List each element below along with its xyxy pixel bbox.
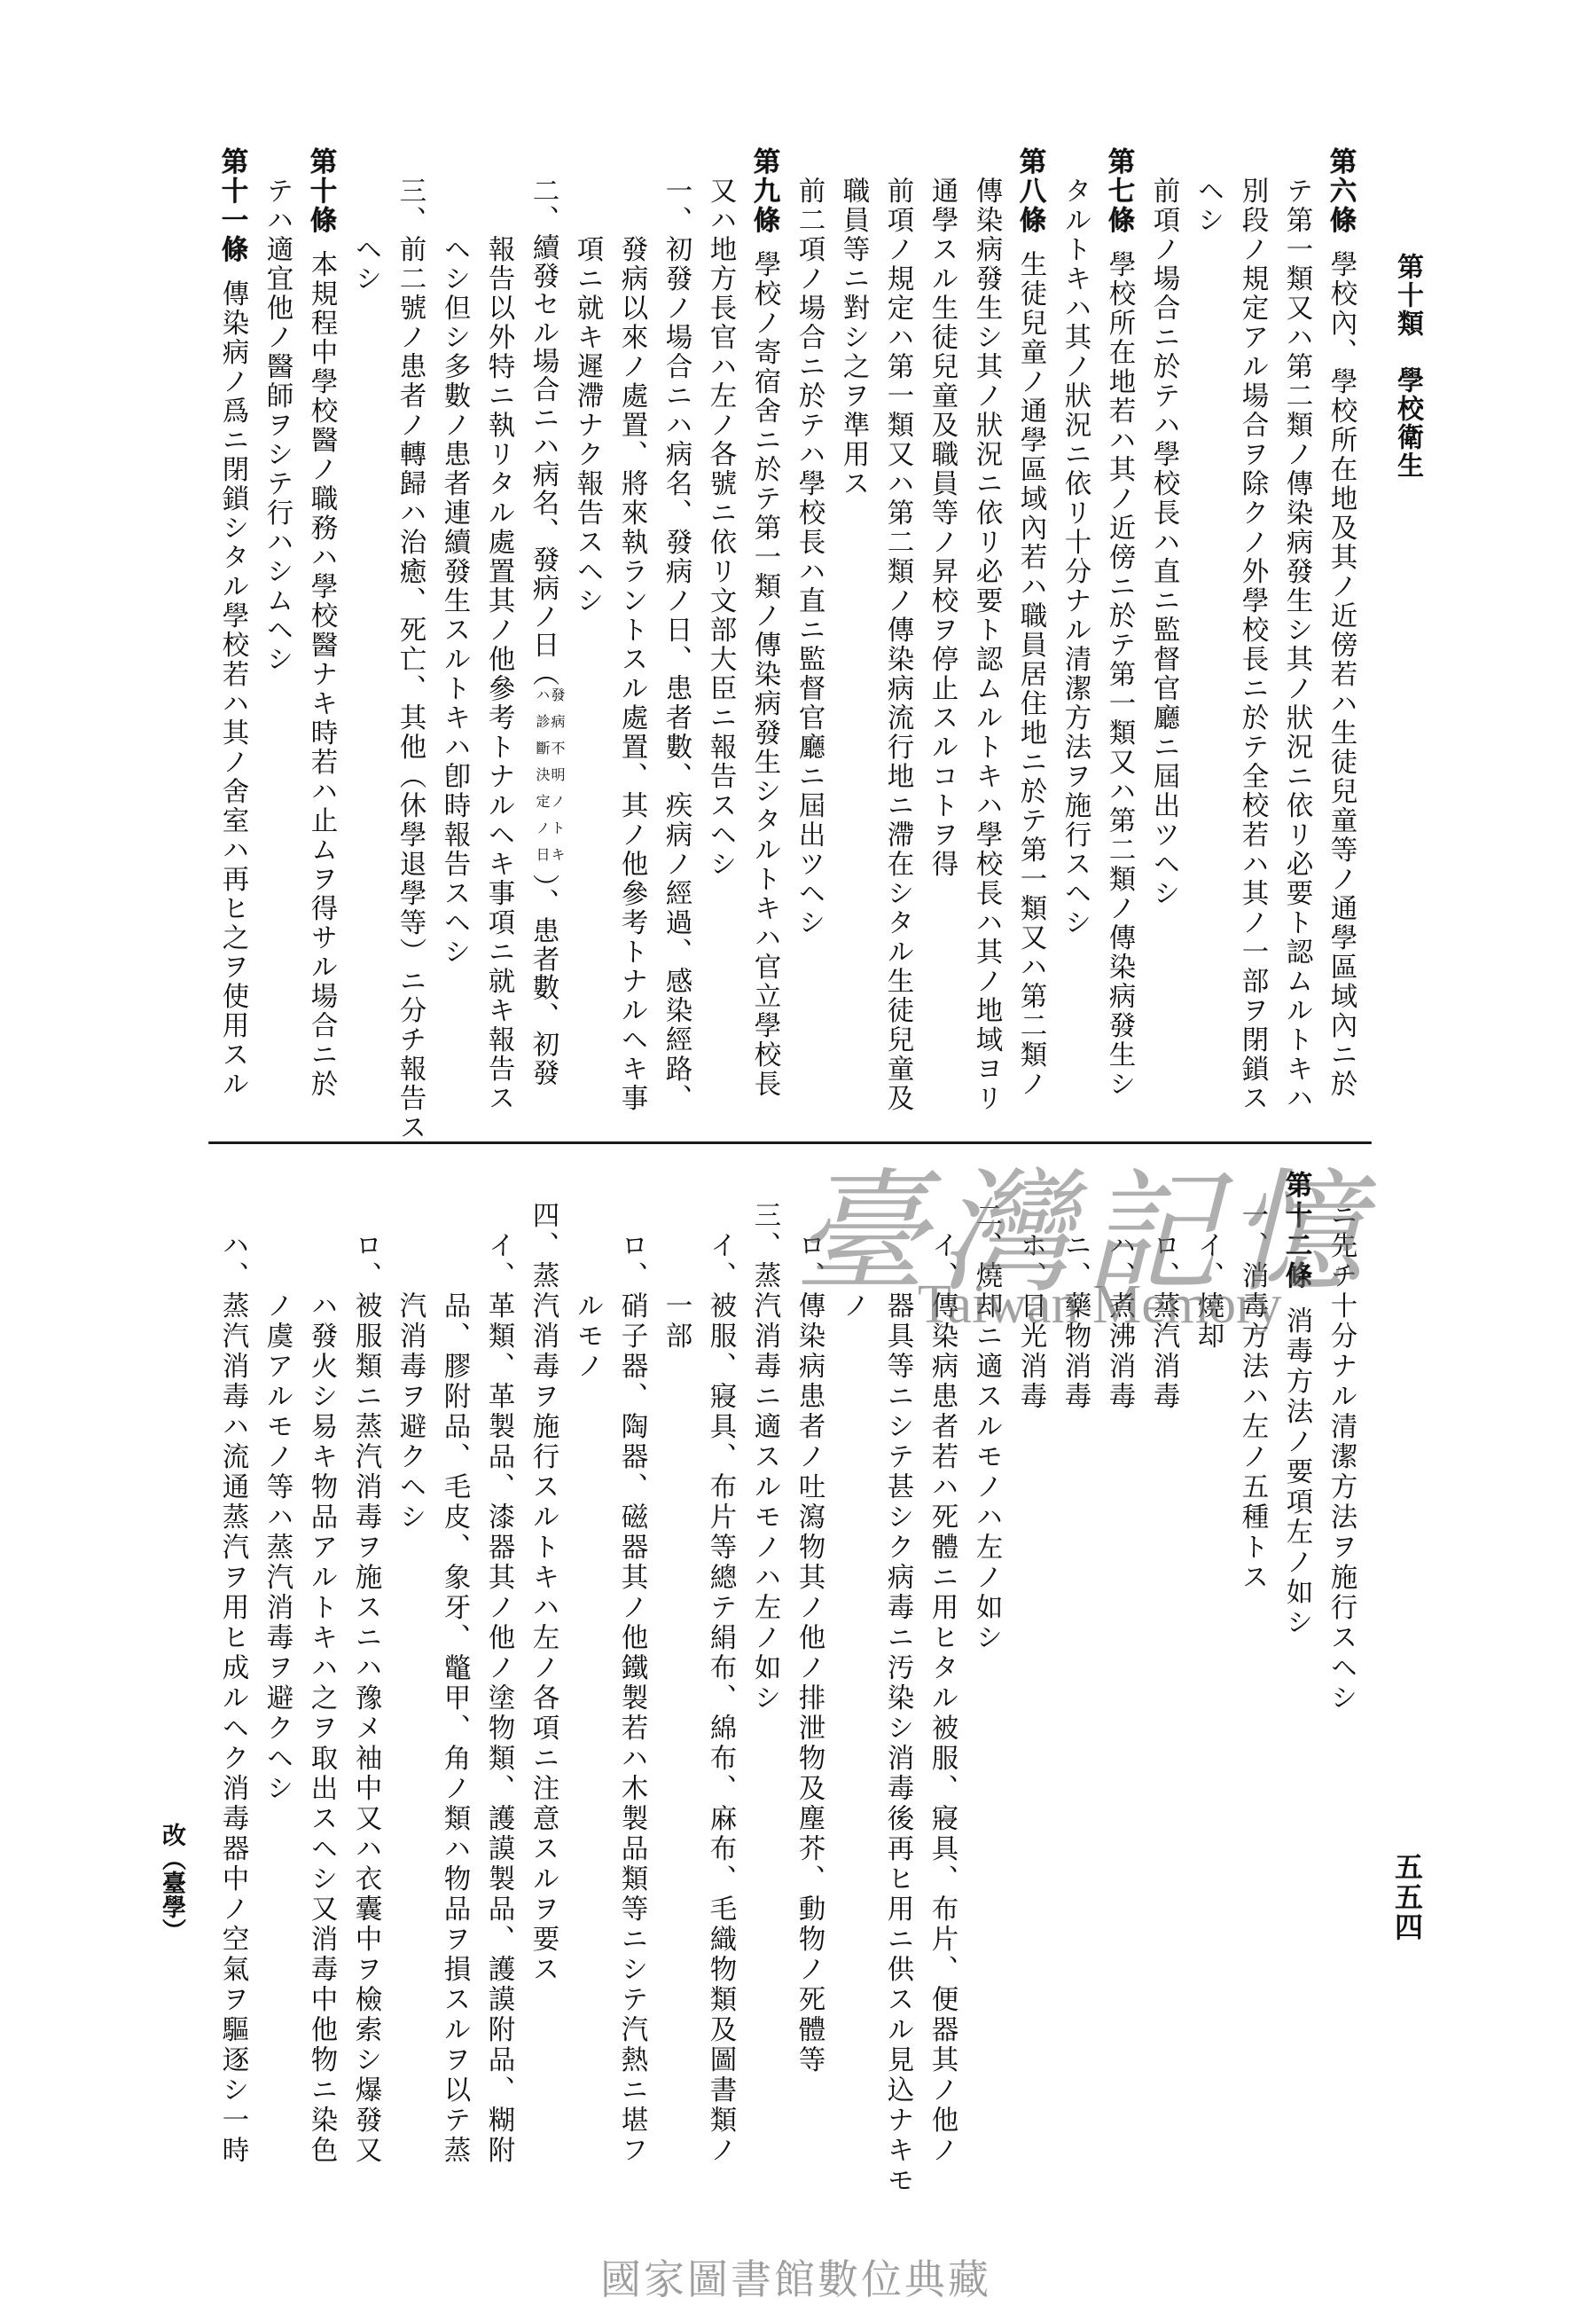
continuation-column: タルトキハ其ノ狀況ニ依リ十分ナル清潔方法ヲ施行スヘシ [1052, 147, 1097, 1132]
continuation-column: ヘシ [1185, 147, 1230, 1132]
document-page: 第十類 學校衛生 第六條學校內、學校所在地及其ノ近傍若ハ生徒兒童等ノ通學區域內ニ… [0, 0, 1596, 2306]
subitem-column: イ、燒却 [1185, 1171, 1230, 2191]
continuation-column: ハ發火シ易キ物品アルトキハ之ヲ取出スヘシ又消毒中他物ニ染色 [299, 1171, 343, 2191]
paragraph-column: 前項ノ規定ハ第一類又ハ第二類ノ傳染病流行地ニ滯在シタル生徒兒童及 [875, 147, 919, 1132]
article-column: 第七條學校所在地若ハ其ノ近傍ニ於テ第一類又ハ第二類ノ傳染病發生シ [1097, 147, 1141, 1132]
article-column: 第六條學校內、學校所在地及其ノ近傍若ハ生徒兒童等ノ通學區域內ニ於 [1318, 147, 1363, 1132]
continuation-column: 傳染病發生シ其ノ狀況ニ依リ必要ト認ムルトキハ學校長ハ其ノ地域ヨリ [964, 147, 1008, 1132]
continuation-column: ノ虞アルモノ等ハ蒸汽消毒ヲ避クヘシ [254, 1171, 299, 2191]
paragraph-column: 前項ノ場合ニ於テハ學校長ハ直ニ監督官廳ニ屆出ツヘシ [1141, 147, 1185, 1132]
article-label: 第十條 [299, 147, 343, 235]
annotation-line-right: 發病不明ノトキ [550, 687, 565, 874]
subitem-column: イ、傳染病患者若ハ死體ニ用ヒタル被服、寢具、布片、便器其ノ他ノ [919, 1171, 964, 2191]
article-column: 第十條本規程中學校醫ノ職務ハ學校醫ナキ時若ハ止ムヲ得サル場合ニ於 [299, 147, 343, 1132]
subitem-column: ロ、硝子器、陶器、磁器其ノ他鐵製若ハ木製品類等ニシテ汽熱ニ堪フ [609, 1171, 653, 2191]
article-text: 傳染病ノ爲ニ閉鎖シタル學校若ハ其ノ舍室ハ再ヒ之ヲ使用スル [217, 279, 248, 1099]
continuation-column: 汽消毒ヲ避クヘシ [387, 1171, 432, 2191]
continuation-column: 報告以外特ニ執リタル處置其ノ他參考トナルヘキ事項ニ就キ報告ス [476, 147, 520, 1132]
annotation-line-left: ハ診斷決定ノ日 [535, 687, 550, 874]
continuation-column: ルモノ [565, 1171, 609, 2191]
article-label: 第八條 [1008, 147, 1052, 235]
article-label: 第十一條 [210, 147, 254, 264]
article-text: 消毒方法ノ要項左ノ如シ [1281, 1306, 1312, 1638]
continuation-column: ヘシ [343, 147, 387, 1132]
subitem-column: ハ、蒸汽消毒ハ流通蒸汽ヲ用ヒ成ルヘク消毒器中ノ空氣ヲ驅逐シ一時 [210, 1171, 254, 2191]
item-column: 二、燒却ニ適スルモノハ左ノ如シ [964, 1171, 1008, 2191]
continuation-column: 通學スル生徒兒童及職員等ノ昇校ヲ停止スルコトヲ得 [919, 147, 964, 1132]
article-column: 第十二條消毒方法ノ要項左ノ如シ [1274, 1171, 1318, 2191]
running-header: 第十類 學校衛生 [1385, 253, 1429, 480]
continuation-column: ノ [831, 1171, 875, 2191]
subitem-column: イ、被服、寢具、布片等總テ絹布、綿布、麻布、毛織物類及圖書類ノ [698, 1171, 742, 2191]
article-text: 學校ノ寄宿舍ニ於テ第一類ノ傳染病發生シタルトキハ官立學校長 [749, 250, 780, 1099]
section-divider [208, 1141, 1372, 1144]
article-text: 生徒兒童ノ通學區域內若ハ職員居住地ニ於テ第一類又ハ第二類ノ [1015, 250, 1046, 1099]
article-text: 學校所在地若ハ其ノ近傍ニ於テ第一類又ハ第二類ノ傳染病發生シ [1104, 250, 1135, 1099]
article-text: 本規程中學校醫ノ職務ハ學校醫ナキ時若ハ止ムヲ得サル場合ニ於 [306, 250, 337, 1099]
continuation-column: 品、膠附品、毛皮、象牙、鼈甲、角ノ類ハ物品ヲ損スルヲ以テ蒸 [432, 1171, 476, 2191]
continuation-column: 職員等ニ對シ之ヲ準用ス [831, 147, 875, 1132]
item-column: 一、消毒方法ハ左ノ五種トス [1230, 1171, 1274, 2191]
subitem-column: イ、革類、革製品、漆器其ノ他ノ塗物類、護謨製品、護謨附品、糊附 [476, 1171, 520, 2191]
item-column: 三、前二號ノ患者ノ轉歸ハ治癒、死亡、其他（休學退學等）ニ分チ報告ス [387, 147, 432, 1132]
article-column: 第十一條傳染病ノ爲ニ閉鎖シタル學校若ハ其ノ舍室ハ再ヒ之ヲ使用スル [210, 147, 254, 1132]
continuation-column: 別段ノ規定アル場合ヲ除クノ外學校長ニ於テ全校若ハ其ノ一部ヲ閉鎖ス [1230, 147, 1274, 1132]
article-text: 學校內、學校所在地及其ノ近傍若ハ生徒兒童等ノ通學區域內ニ於 [1326, 250, 1357, 1099]
article-label: 第六條 [1318, 147, 1363, 235]
upper-text-block: 第六條學校內、學校所在地及其ノ近傍若ハ生徒兒童等ノ通學區域內ニ於 テ第一類又ハ第… [210, 147, 1363, 1132]
continuation-column: テ第一類又ハ第二類ノ傳染病發生シ其ノ狀況ニ依リ必要ト認ムルトキハ [1274, 147, 1318, 1132]
article-label: 第十二條 [1274, 1171, 1318, 1291]
page-number: 五五四 [1385, 1852, 1429, 1942]
subitem-column: ニ、藥物消毒 [1052, 1171, 1097, 2191]
item-column: 二、續發セル場合ニハ病名、發病ノ日（發病不明ノトキハ診斷決定ノ日）、患者數、初發 [520, 147, 565, 1132]
item-text-after: ）、患者數、初發 [528, 874, 559, 1087]
subitem-column: ロ、傳染病患者ノ吐瀉物其ノ他ノ排泄物及塵芥、動物ノ死體等 [786, 1171, 831, 2191]
subitem-column: ロ、蒸汽消毒 [1141, 1171, 1185, 2191]
paragraph-column: 前二項ノ場合ニ於テハ學校長ハ直ニ監督官廳ニ屆出ツヘシ [786, 147, 831, 1132]
lower-text-block: ニ先チ十分ナル清潔方法ヲ施行スヘシ 第十二條消毒方法ノ要項左ノ如シ 一、消毒方法… [210, 1171, 1363, 2191]
article-column: 第八條生徒兒童ノ通學區域內若ハ職員居住地ニ於テ第一類又ハ第二類ノ [1008, 147, 1052, 1132]
continuation-column: 又ハ地方長官ハ左ノ各號ニ依リ文部大臣ニ報告スヘシ [698, 147, 742, 1132]
continuation-column: 項ニ就キ遲滯ナク報告スヘシ [565, 147, 609, 1132]
item-column: 三、蒸汽消毒ニ適スルモノハ左ノ如シ [742, 1171, 786, 2191]
continuation-column: ヘシ但シ多數ノ患者連續發生スルトキハ卽時報告スヘシ [432, 147, 476, 1132]
item-column: 四、蒸汽消毒ヲ施行スルトキハ左ノ各項ニ注意スルヲ要ス [520, 1171, 565, 2191]
inline-annotation: 發病不明ノトキハ診斷決定ノ日 [535, 687, 565, 874]
subitem-column: ホ、日光消毒 [1008, 1171, 1052, 2191]
margin-note: 改（臺學） [149, 1823, 193, 1942]
subitem-column: ハ、煮沸消毒 [1097, 1171, 1141, 2191]
article-label: 第七條 [1097, 147, 1141, 235]
collection-footer: 國家圖書館數位典藏 [600, 2253, 991, 2306]
continuation-column: テハ適宜他ノ醫師ヲシテ行ハシムヘシ [254, 147, 299, 1132]
item-text-before: 二、續發セル場合ニハ病名、發病ノ日（ [528, 176, 559, 687]
continuation-column: 一部 [653, 1171, 698, 2191]
article-column: 第九條學校ノ寄宿舍ニ於テ第一類ノ傳染病發生シタルトキハ官立學校長 [742, 147, 786, 1132]
continuation-column: 器具等ニシテ甚シク病毒ニ汚染シ消毒後再ヒ用ニ供スル見込ナキモ [875, 1171, 919, 2191]
continuation-column: ニ先チ十分ナル清潔方法ヲ施行スヘシ [1318, 1171, 1363, 2191]
subitem-column: ロ、被服類ニ蒸汽消毒ヲ施スニハ豫メ袖中又ハ衣囊中ヲ檢索シ爆發又 [343, 1171, 387, 2191]
article-label: 第九條 [742, 147, 786, 235]
item-column: 一、初發ノ場合ニハ病名、發病ノ日、患者數、疾病ノ經過、感染經路、 [653, 147, 698, 1132]
continuation-column: 發病以來ノ處置、將來執ラントスル處置、其ノ他參考トナルヘキ事 [609, 147, 653, 1132]
